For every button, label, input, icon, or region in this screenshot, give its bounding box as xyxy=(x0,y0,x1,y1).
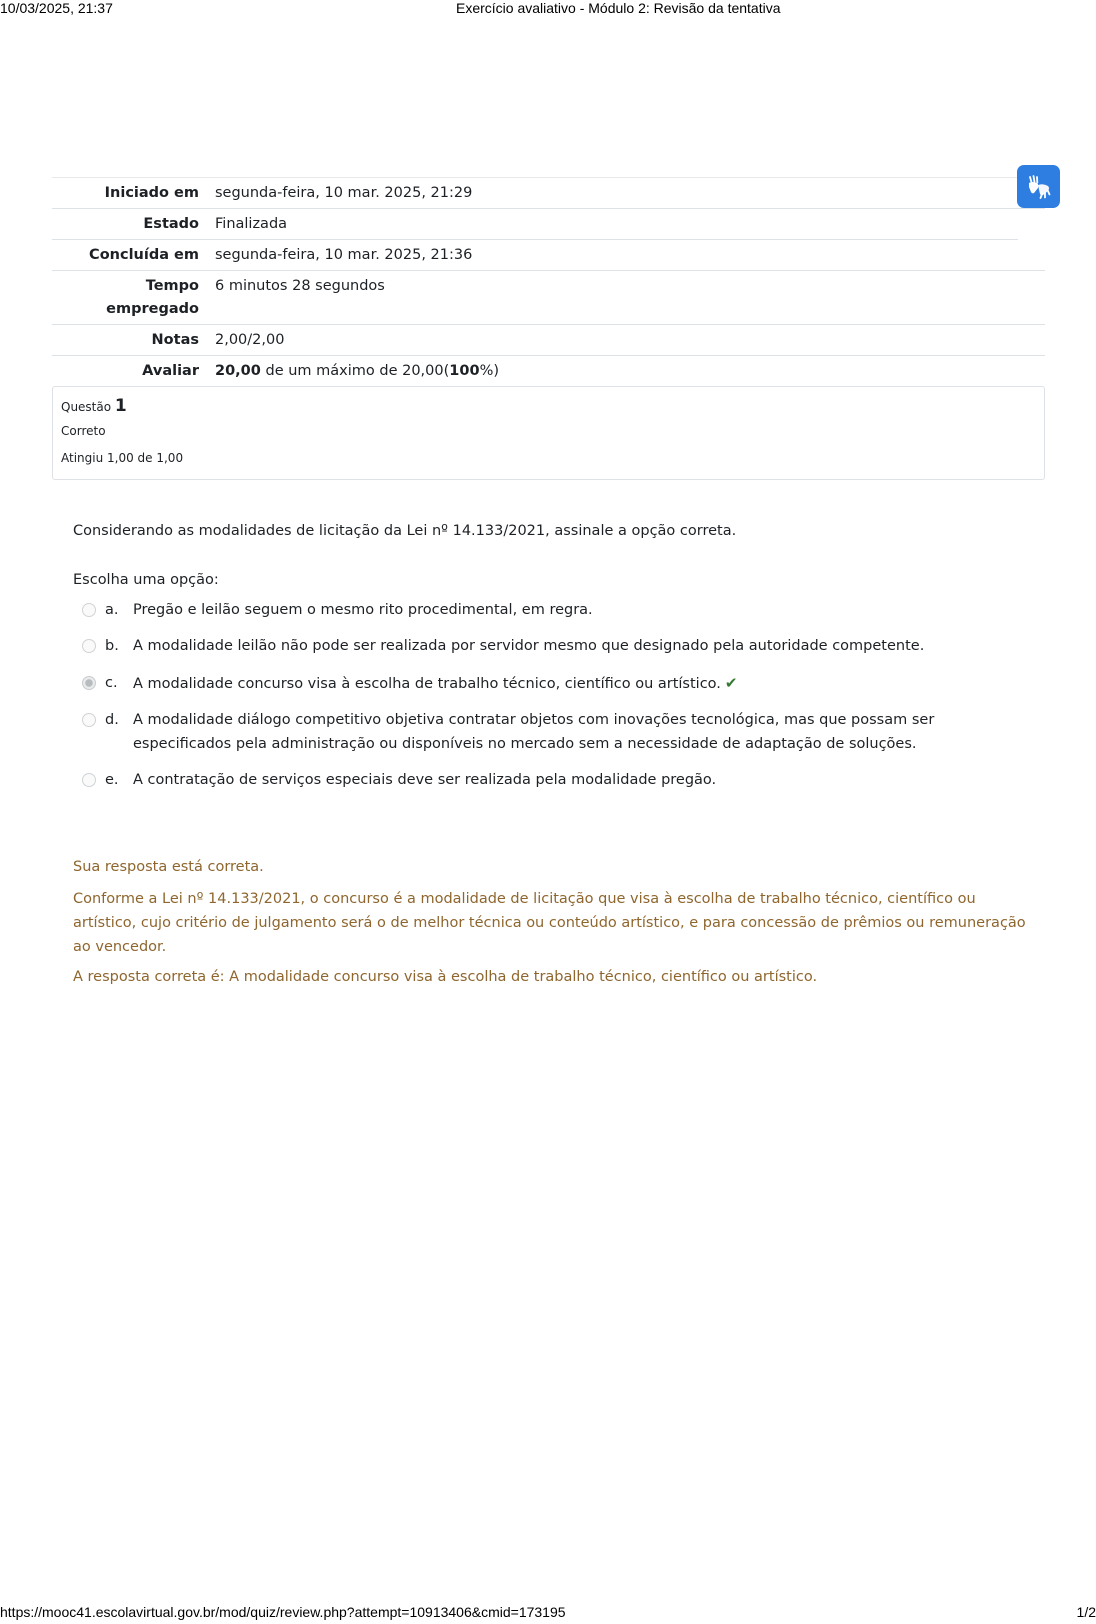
answer-text: A modalidade concurso visa à escolha de … xyxy=(133,676,721,692)
question-state: Correto xyxy=(61,421,1036,441)
answer-text: A modalidade leilão não pode ser realiza… xyxy=(133,634,1003,658)
correct-check-icon: ✔ xyxy=(725,674,738,692)
accessibility-button[interactable] xyxy=(1017,165,1060,208)
summary-label: Tempo empregado xyxy=(52,271,207,324)
summary-row-marks: Notas 2,00/2,00 xyxy=(52,324,1045,355)
print-header: 10/03/2025, 21:37 Exercício avaliativo -… xyxy=(0,0,1096,20)
summary-label: Estado xyxy=(52,209,207,239)
summary-value: 6 minutos 28 segundos xyxy=(207,271,1045,324)
print-footer: https://mooc41.escolavirtual.gov.br/mod/… xyxy=(0,1602,1096,1624)
answer-text: A contratação de serviços especiais deve… xyxy=(133,768,1003,792)
summary-value: Finalizada xyxy=(207,209,1045,239)
summary-row-state: Estado Finalizada xyxy=(52,208,1045,239)
question-info-box: Questão 1 Correto Atingiu 1,00 de 1,00 xyxy=(52,386,1045,480)
summary-row-completed: Concluída em segunda-feira, 10 mar. 2025… xyxy=(52,239,1018,270)
answer-option-a[interactable]: a. Pregão e leilão seguem o mesmo rito p… xyxy=(82,598,1003,622)
summary-label: Iniciado em xyxy=(52,178,207,208)
attempt-summary-table: Iniciado em segunda-feira, 10 mar. 2025,… xyxy=(52,177,1045,386)
print-datetime: 10/03/2025, 21:37 xyxy=(0,0,113,16)
radio-button[interactable] xyxy=(82,713,96,727)
answer-option-d[interactable]: d. A modalidade diálogo competitivo obje… xyxy=(82,708,1003,756)
summary-row-grade: Avaliar 20,00 de um máximo de 20,00(100%… xyxy=(52,355,1045,386)
answer-text: Pregão e leilão seguem o mesmo rito proc… xyxy=(133,598,1003,622)
specific-feedback: Sua resposta está correta. xyxy=(73,855,1033,879)
summary-row-started: Iniciado em segunda-feira, 10 mar. 2025,… xyxy=(52,177,1045,208)
radio-button-selected[interactable] xyxy=(82,676,96,690)
answer-text-wrap: A modalidade concurso visa à escolha de … xyxy=(133,671,1003,696)
radio-button[interactable] xyxy=(82,639,96,653)
answer-option-b[interactable]: b. A modalidade leilão não pode ser real… xyxy=(82,634,1003,658)
radio-button[interactable] xyxy=(82,773,96,787)
grade-score: 20,00 xyxy=(215,363,261,379)
answer-letter: b. xyxy=(105,634,133,658)
print-url: https://mooc41.escolavirtual.gov.br/mod/… xyxy=(0,1604,566,1620)
summary-label: Avaliar xyxy=(52,356,207,386)
question-number: Questão 1 xyxy=(61,395,1036,418)
summary-value: 20,00 de um máximo de 20,00(100%) xyxy=(207,356,1045,386)
sign-language-hands-icon xyxy=(1025,173,1053,201)
radio-button[interactable] xyxy=(82,603,96,617)
grade-max: de um máximo de 20,00( xyxy=(261,363,449,379)
general-feedback: Conforme a Lei nº 14.133/2021, o concurs… xyxy=(73,887,1033,959)
right-answer: A resposta correta é: A modalidade concu… xyxy=(73,965,1033,989)
print-page-number: 1/2 xyxy=(1077,1604,1096,1620)
question-grade: Atingiu 1,00 de 1,00 xyxy=(61,448,1036,468)
answer-option-e[interactable]: e. A contratação de serviços especiais d… xyxy=(82,768,1003,792)
answer-text: A modalidade diálogo competitivo objetiv… xyxy=(133,708,1003,756)
question-text: Considerando as modalidades de licitação… xyxy=(73,523,736,539)
question-number-value: 1 xyxy=(115,396,127,416)
question-label: Questão xyxy=(61,400,111,414)
grade-percent-sign: %) xyxy=(480,363,499,379)
answer-letter: c. xyxy=(105,671,133,695)
answer-letter: e. xyxy=(105,768,133,792)
summary-row-time-taken: Tempo empregado 6 minutos 28 segundos xyxy=(52,270,1045,324)
summary-value: segunda-feira, 10 mar. 2025, 21:29 xyxy=(207,178,1045,208)
summary-label: Concluída em xyxy=(52,240,207,270)
answer-letter: d. xyxy=(105,708,133,732)
summary-label: Notas xyxy=(52,325,207,355)
answer-prompt: Escolha uma opção: xyxy=(73,572,219,588)
print-page-title: Exercício avaliativo - Módulo 2: Revisão… xyxy=(456,0,781,16)
grade-percent: 100 xyxy=(449,363,479,379)
summary-value: 2,00/2,00 xyxy=(207,325,1045,355)
answer-option-c[interactable]: c. A modalidade concurso visa à escolha … xyxy=(82,671,1003,696)
summary-value: segunda-feira, 10 mar. 2025, 21:36 xyxy=(207,240,1018,270)
question-feedback: Sua resposta está correta. Conforme a Le… xyxy=(73,855,1033,989)
answer-letter: a. xyxy=(105,598,133,622)
